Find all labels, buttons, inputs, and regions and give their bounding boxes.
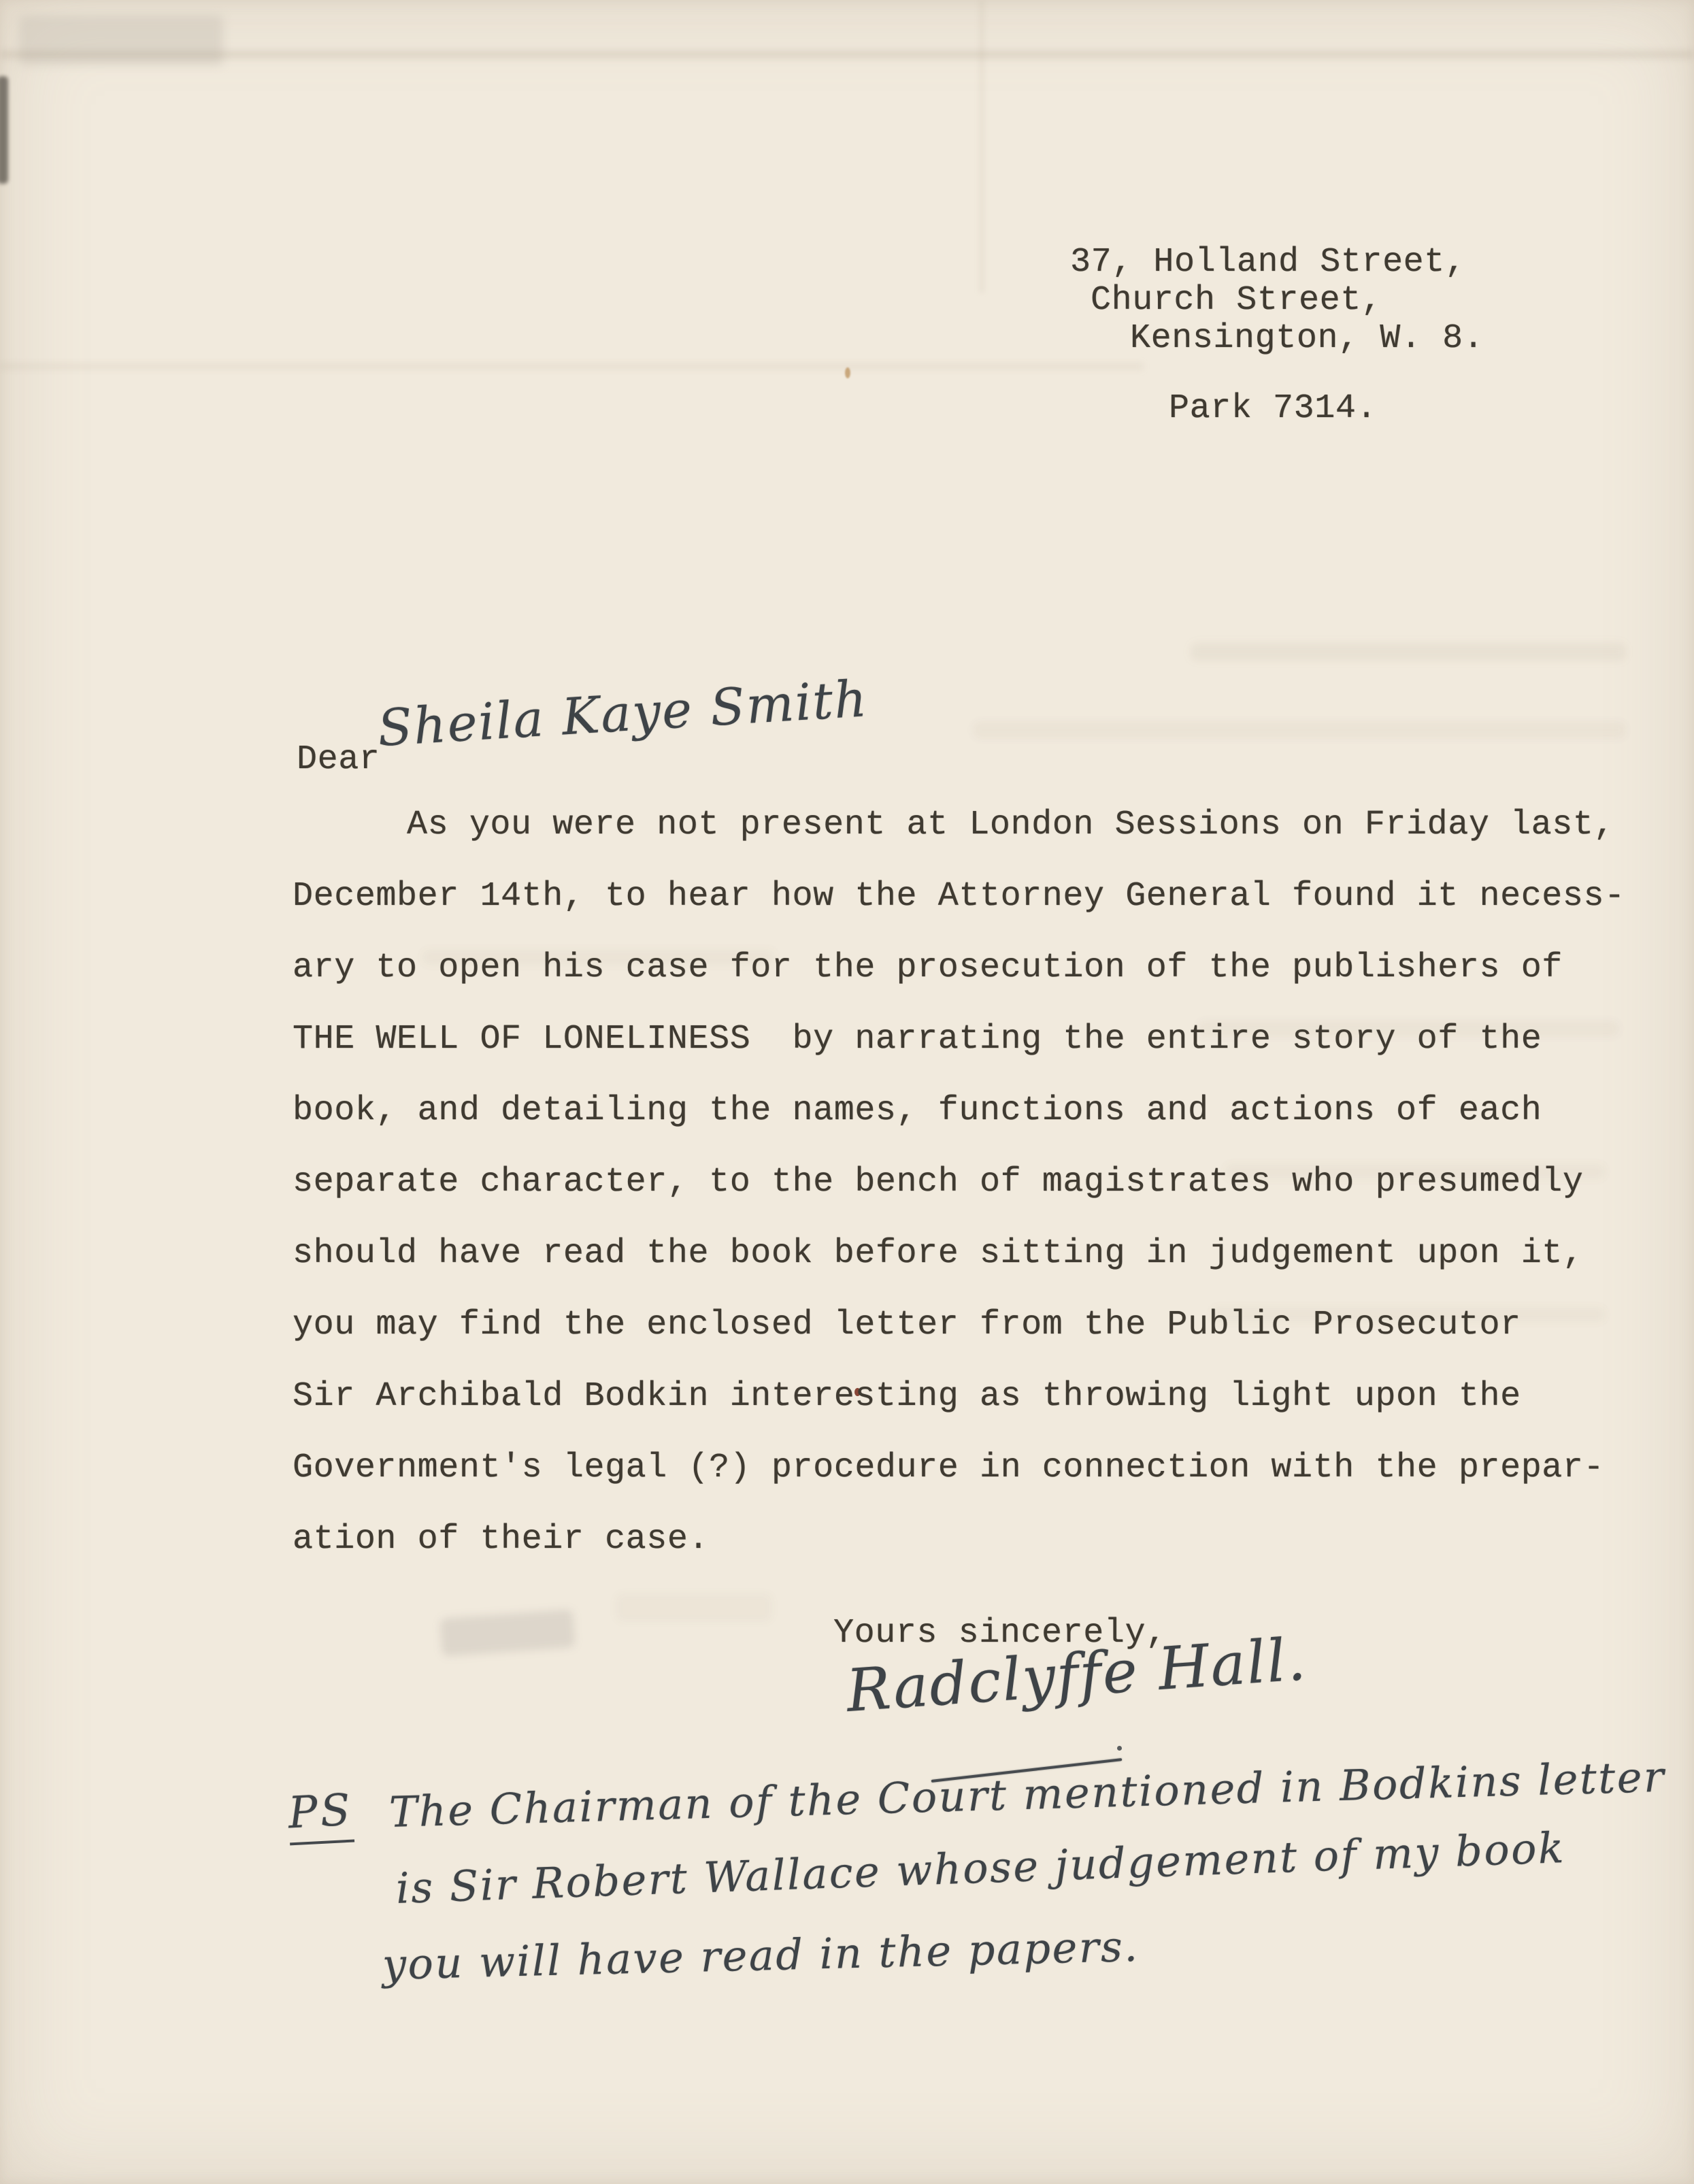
telephone-number: Park 7314. [1169,389,1377,428]
body-line-4: THE WELL OF LONELINESS by narrating the … [293,1004,1625,1075]
bleed-through-artifact [973,721,1626,739]
body-line-7: should have read the book before sitting… [293,1218,1625,1289]
body-line-10: Government's legal (?) procedure in conn… [293,1432,1625,1504]
bleed-through-ghost-handwriting [439,1609,575,1657]
address-line-3: Kensington, W. 8. [1130,320,1484,358]
letter-page: 37, Holland Street,Church Street,Kensing… [0,0,1694,2184]
paper-speck [845,367,850,378]
bleed-through-artifact [616,1593,772,1622]
body-line-2: December 14th, to hear how the Attorney … [293,861,1625,932]
body-line-1: As you were not present at London Sessio… [293,789,1625,861]
body-line-9: Sir Archibald Bodkin interesting as thro… [293,1361,1625,1432]
signature-pen-dot [1117,1746,1122,1751]
postscript-text: The Chairman of the Court mentioned in B… [0,1774,1694,2003]
body-line-6: separate character, to the bench of magi… [293,1146,1625,1218]
fold-crease-middle [0,363,1143,369]
body-line-11: ation of their case. [293,1504,1625,1575]
address-line-1: 37, Holland Street, [1070,244,1484,282]
body-line-3: ary to open his case for the prosecution… [293,932,1625,1004]
salutation-typed: Dear [297,740,380,779]
sender-address: 37, Holland Street,Church Street,Kensing… [1070,244,1484,358]
fold-crease-vertical [980,0,984,293]
bleed-through-artifact [1191,643,1626,661]
address-line-2: Church Street, [1091,282,1484,320]
tape-discoloration [19,15,223,65]
letter-body: As you were not present at London Sessio… [293,789,1625,1575]
paper-edge-mark [0,76,8,184]
body-line-5: book, and detailing the names, functions… [293,1075,1625,1146]
body-line-8: you may find the enclosed letter from th… [293,1289,1625,1361]
fold-crease-top [0,50,1694,59]
recipient-name-handwritten: Sheila Kaye Smith [376,669,869,758]
